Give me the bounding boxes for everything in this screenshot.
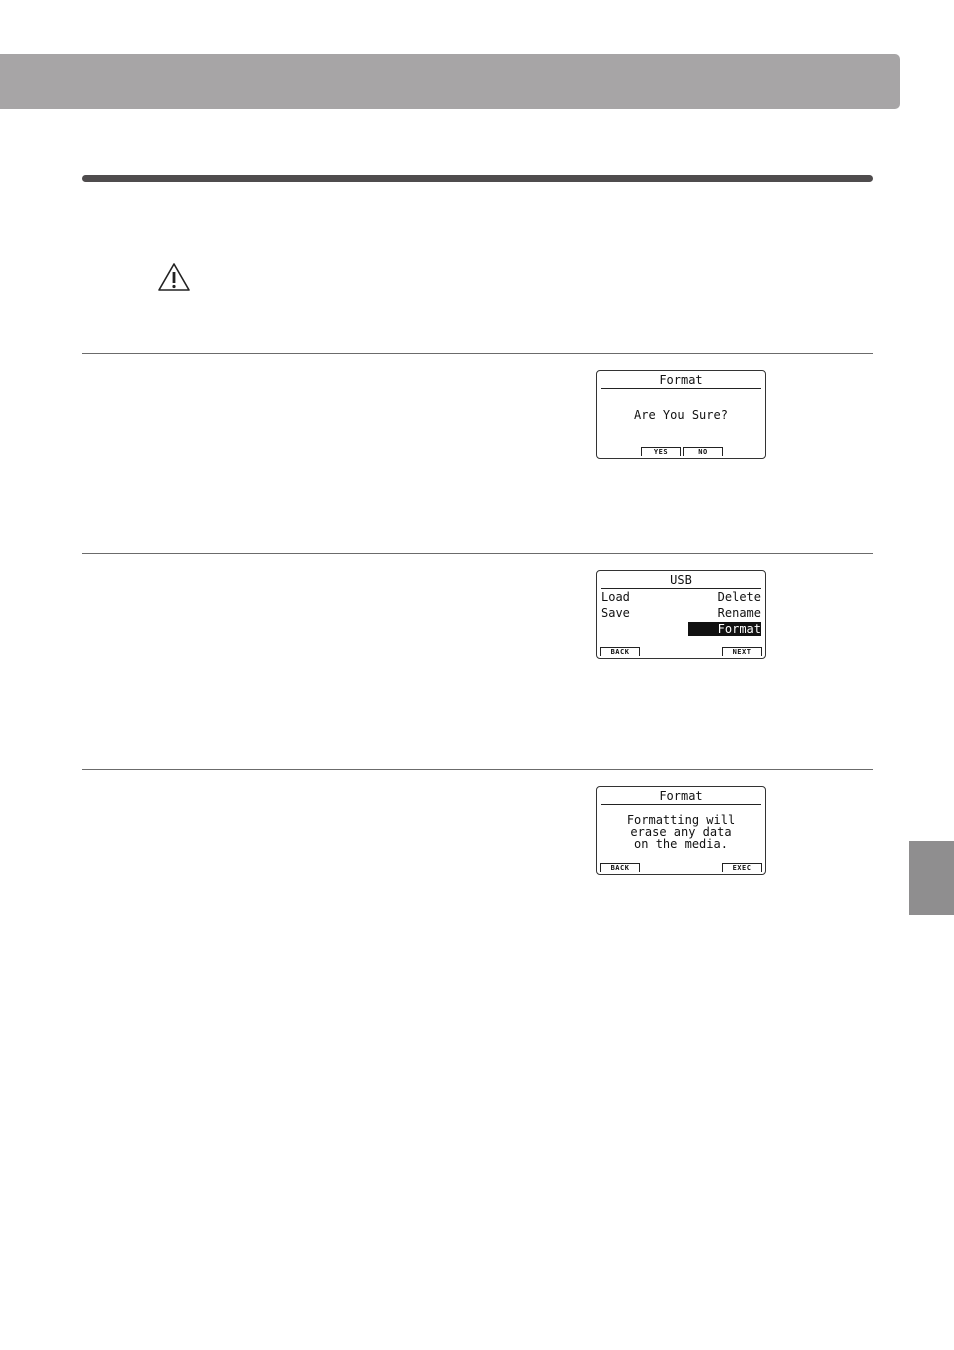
lcd-title: Format — [601, 373, 761, 389]
chapter-header-band — [0, 54, 900, 109]
menu-item-save[interactable]: Save — [601, 606, 630, 620]
section-title-rule — [82, 175, 873, 182]
softkey-back[interactable]: BACK — [600, 863, 640, 872]
softkey-back[interactable]: BACK — [600, 647, 640, 656]
menu-item-load[interactable]: Load — [601, 590, 630, 604]
menu-item-rename[interactable]: Rename — [718, 606, 761, 620]
softkey-exec[interactable]: EXEC — [722, 863, 762, 872]
lcd-title: USB — [601, 573, 761, 589]
menu-item-delete[interactable]: Delete — [718, 590, 761, 604]
softkey-next[interactable]: NEXT — [722, 647, 762, 656]
warning-triangle-icon — [157, 262, 191, 292]
lcd-format-warning: Format Formatting will erase any data on… — [596, 786, 766, 875]
step-divider-3 — [82, 769, 873, 770]
step-divider-1 — [82, 353, 873, 354]
lcd-message: Are You Sure? — [597, 409, 765, 421]
lcd-format-confirm: Format Are You Sure? YES NO — [596, 370, 766, 459]
step-divider-2 — [82, 553, 873, 554]
chapter-side-tab — [909, 841, 954, 915]
lcd-message-line-3: on the media. — [597, 838, 765, 850]
lcd-title: Format — [601, 789, 761, 805]
softkey-no[interactable]: NO — [683, 447, 723, 456]
softkey-yes[interactable]: YES — [641, 447, 681, 456]
menu-item-format[interactable]: Format — [688, 622, 761, 636]
lcd-usb-menu: USB Load Save Delete Rename Format BACK … — [596, 570, 766, 659]
